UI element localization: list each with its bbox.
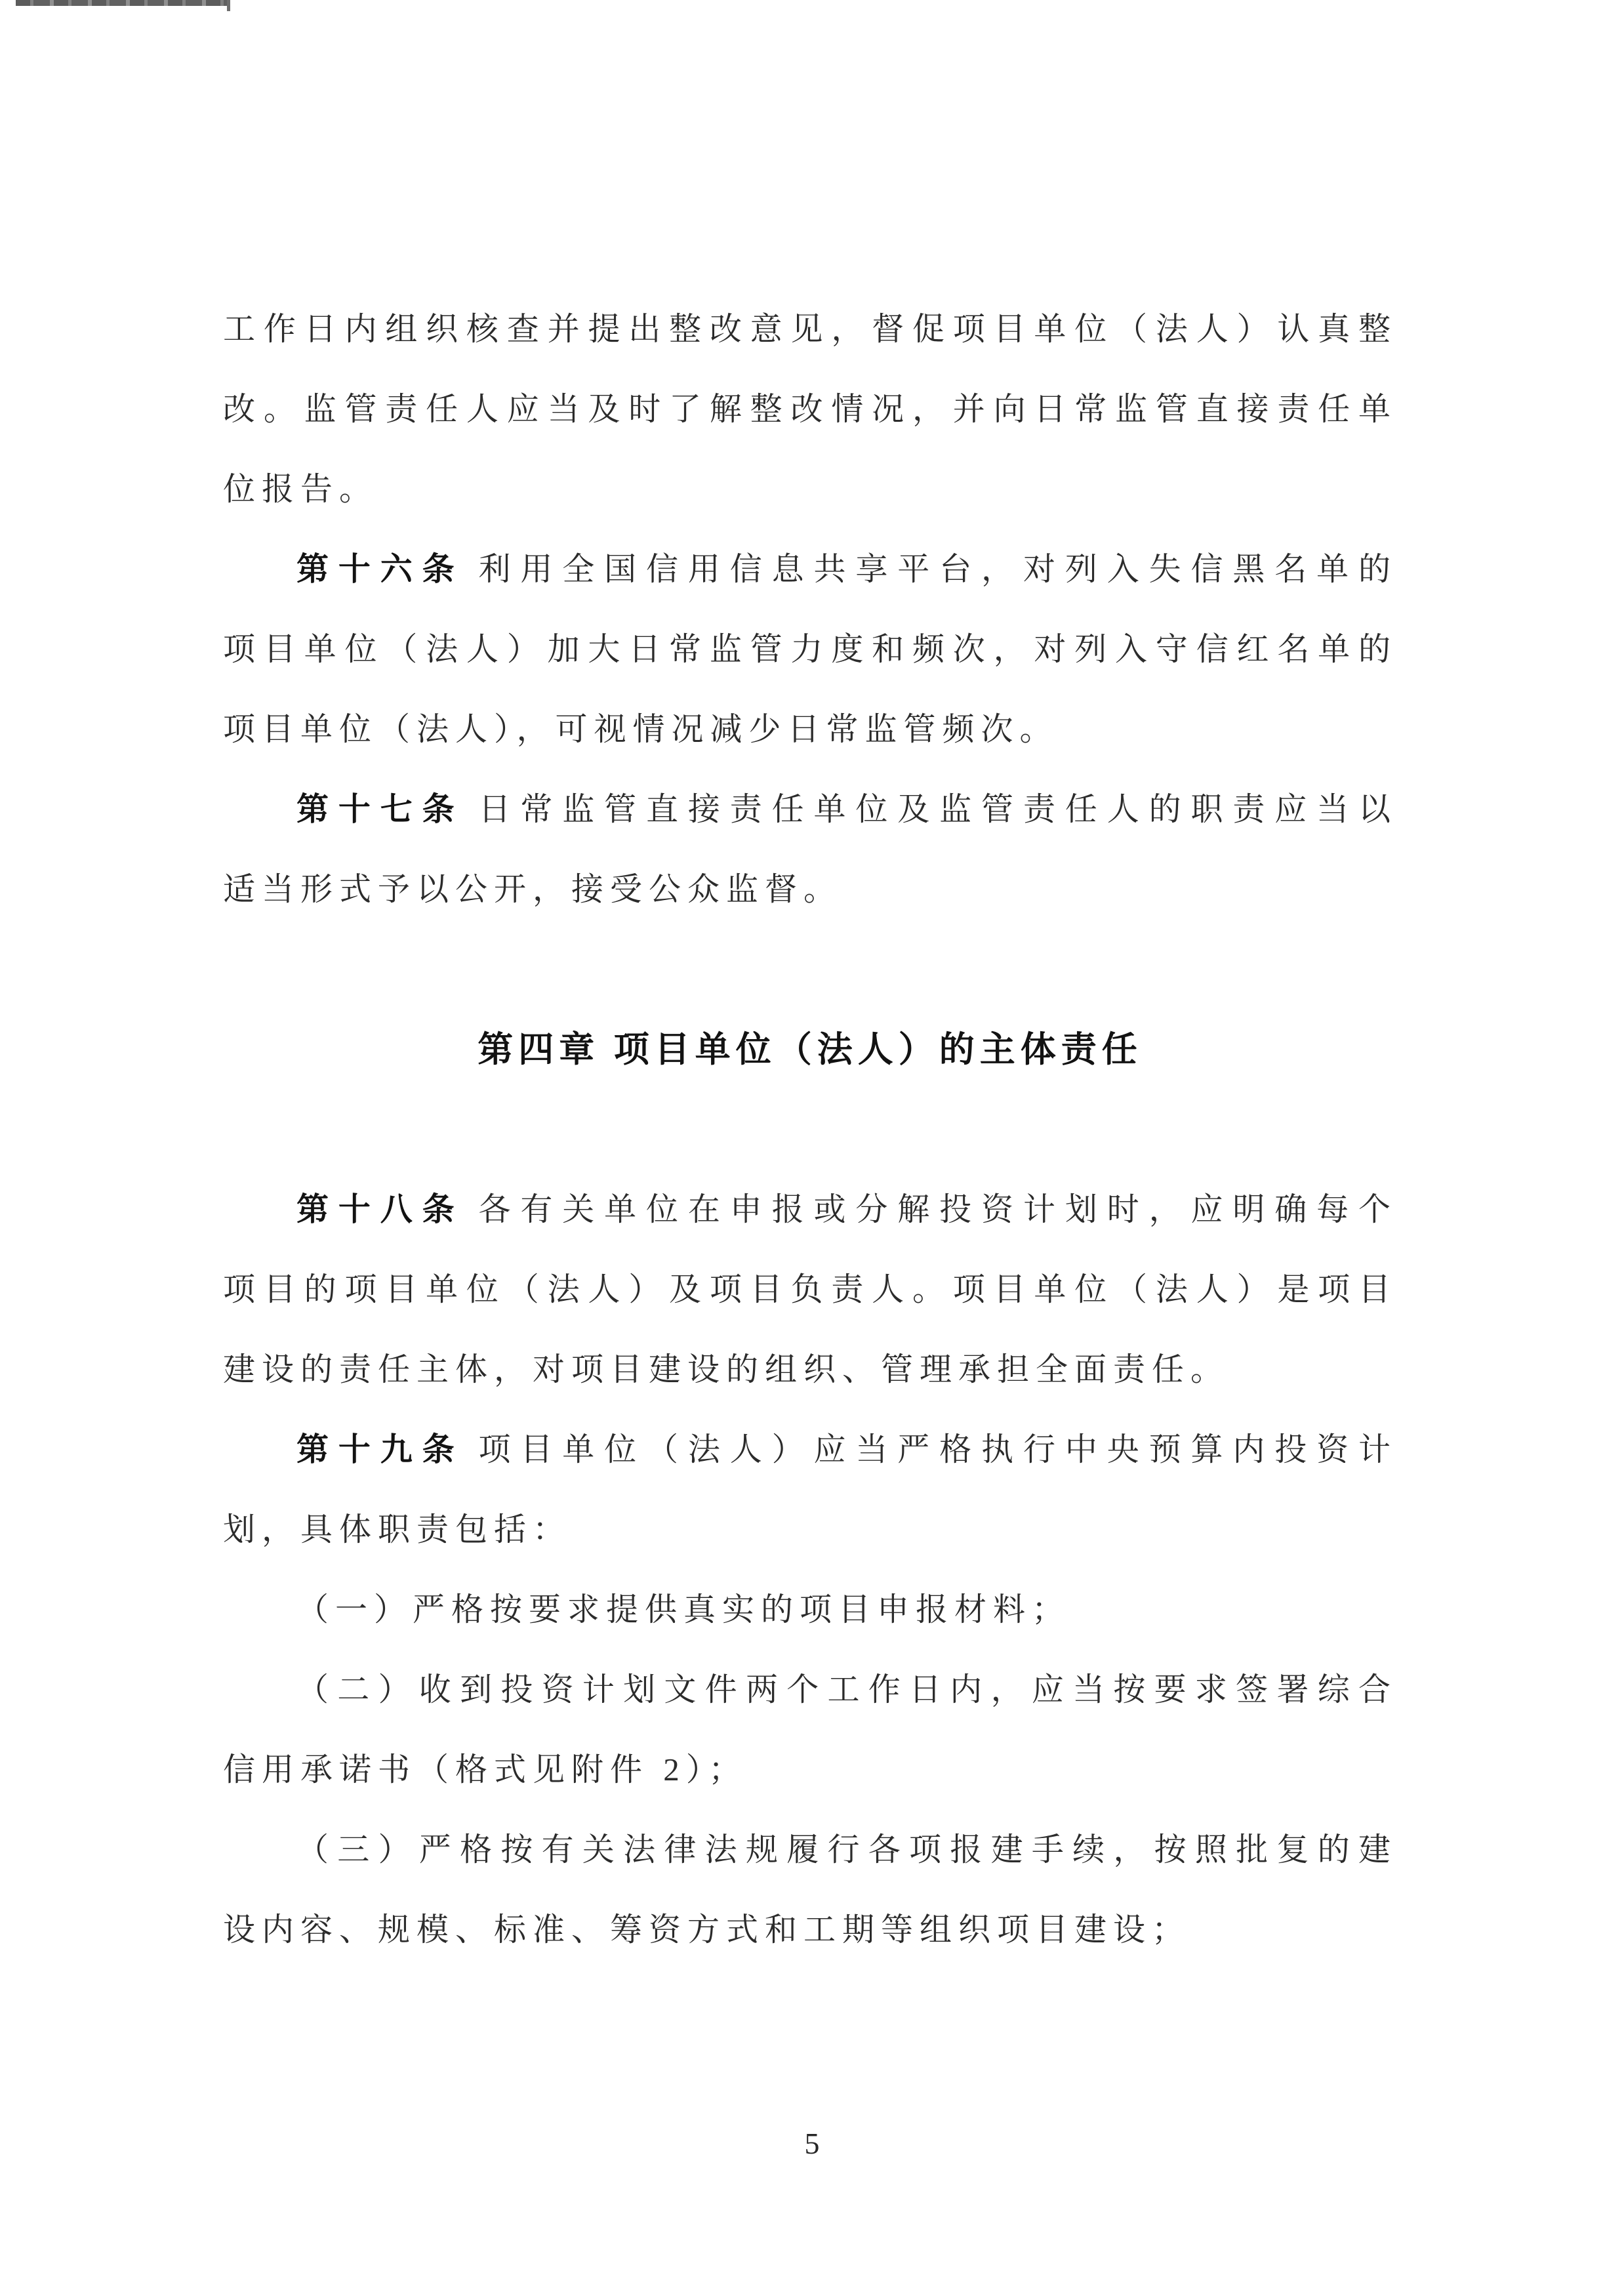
text-line: 划，具体职责包括： — [223, 1490, 1397, 1570]
line-text: （一）严格按要求提供真实的项目申报材料； — [296, 1591, 1070, 1628]
chapter-heading: 第四章 项目单位（法人）的主体责任 — [223, 1010, 1397, 1090]
text-line: 设内容、规模、标准、筹资方式和工期等组织项目建设； — [223, 1890, 1397, 1970]
article-number-label: 第十八条 — [296, 1191, 464, 1227]
line-text: 划，具体职责包括： — [223, 1511, 571, 1547]
line-text: 位报告。 — [223, 471, 378, 507]
text-line: 第十六条利用全国信用信息共享平台，对列入失信黑名单的 — [223, 529, 1397, 609]
text-line: 第十九条项目单位（法人）应当严格执行中央预算内投资计 — [223, 1410, 1397, 1490]
scan-artifact — [16, 0, 227, 6]
text-line: 信用承诺书（格式见附件 2）； — [223, 1730, 1397, 1810]
text-line: （三）严格按有关法律法规履行各项报建手续，按照批复的建 — [223, 1810, 1397, 1890]
text-line: 第十八条各有关单位在申报或分解投资计划时，应明确每个 — [223, 1170, 1397, 1250]
line-text: 各有关单位在申报或分解投资计划时，应明确每个 — [479, 1191, 1397, 1227]
paragraph: （一）严格按要求提供真实的项目申报材料； — [223, 1570, 1397, 1650]
line-text: 日常监管直接责任单位及监管责任人的职责应当以 — [479, 791, 1397, 827]
article-number-label: 第十九条 — [296, 1431, 464, 1467]
blank-line — [223, 1090, 1397, 1170]
text-line: （二）收到投资计划文件两个工作日内，应当按要求签署综合 — [223, 1650, 1397, 1730]
article-number-label: 第十六条 — [296, 551, 464, 587]
line-text: 信用承诺书（格式见附件 2）； — [223, 1751, 747, 1788]
line-text: 利用全国信用信息共享平台，对列入失信黑名单的 — [479, 551, 1397, 587]
line-text: 适当形式予以公开，接受公众监督。 — [223, 871, 842, 907]
line-text: 改。监管责任人应当及时了解整改情况，并向日常监管直接责任单 — [223, 391, 1397, 427]
line-text: 项目的项目单位（法人）及项目负责人。项目单位（法人）是项目 — [223, 1271, 1397, 1307]
text-line: 项目的项目单位（法人）及项目负责人。项目单位（法人）是项目 — [223, 1250, 1397, 1330]
line-text: （三）严格按有关法律法规履行各项报建手续，按照批复的建 — [296, 1832, 1397, 1868]
text-line: （一）严格按要求提供真实的项目申报材料； — [223, 1570, 1397, 1650]
line-text: 项目单位（法人）应当严格执行中央预算内投资计 — [479, 1431, 1397, 1467]
text-line: 项目单位（法人）加大日常监管力度和频次，对列入守信红名单的 — [223, 609, 1397, 689]
paragraph: （二）收到投资计划文件两个工作日内，应当按要求签署综合信用承诺书（格式见附件 2… — [223, 1650, 1397, 1810]
page-number: 5 — [0, 2124, 1624, 2163]
article-number-label: 第十七条 — [296, 791, 464, 827]
text-line: 第十七条日常监管直接责任单位及监管责任人的职责应当以 — [223, 769, 1397, 850]
text-line: 位报告。 — [223, 449, 1397, 529]
line-text: 设内容、规模、标准、筹资方式和工期等组织项目建设； — [223, 1912, 1190, 1948]
document-page: 工作日内组织核查并提出整改意见，督促项目单位（法人）认真整改。监管责任人应当及时… — [0, 0, 1624, 2294]
text-line: 项目单位（法人），可视情况减少日常监管频次。 — [223, 689, 1397, 769]
line-text: 项目单位（法人），可视情况减少日常监管频次。 — [223, 711, 1059, 747]
line-text: 建设的责任主体，对项目建设的组织、管理承担全面责任。 — [223, 1351, 1229, 1387]
line-text: 项目单位（法人）加大日常监管力度和频次，对列入守信红名单的 — [223, 631, 1397, 667]
paragraph: 第十六条利用全国信用信息共享平台，对列入失信黑名单的项目单位（法人）加大日常监管… — [223, 529, 1397, 769]
line-text: （二）收到投资计划文件两个工作日内，应当按要求签署综合 — [296, 1671, 1397, 1708]
line-text: 工作日内组织核查并提出整改意见，督促项目单位（法人）认真整 — [223, 311, 1397, 347]
text-line: 建设的责任主体，对项目建设的组织、管理承担全面责任。 — [223, 1330, 1397, 1410]
paragraph: 工作日内组织核查并提出整改意见，督促项目单位（法人）认真整改。监管责任人应当及时… — [223, 289, 1397, 529]
text-line: 工作日内组织核查并提出整改意见，督促项目单位（法人）认真整 — [223, 289, 1397, 369]
blank-line — [223, 930, 1397, 1010]
paragraph: 第十七条日常监管直接责任单位及监管责任人的职责应当以适当形式予以公开，接受公众监… — [223, 769, 1397, 930]
paragraph: （三）严格按有关法律法规履行各项报建手续，按照批复的建设内容、规模、标准、筹资方… — [223, 1810, 1397, 1970]
text-line: 适当形式予以公开，接受公众监督。 — [223, 850, 1397, 930]
scan-artifact-tick — [227, 0, 230, 11]
text-line: 改。监管责任人应当及时了解整改情况，并向日常监管直接责任单 — [223, 369, 1397, 449]
document-body: 工作日内组织核查并提出整改意见，督促项目单位（法人）认真整改。监管责任人应当及时… — [223, 289, 1397, 1970]
paragraph: 第十九条项目单位（法人）应当严格执行中央预算内投资计划，具体职责包括： — [223, 1410, 1397, 1570]
paragraph: 第十八条各有关单位在申报或分解投资计划时，应明确每个项目的项目单位（法人）及项目… — [223, 1170, 1397, 1410]
